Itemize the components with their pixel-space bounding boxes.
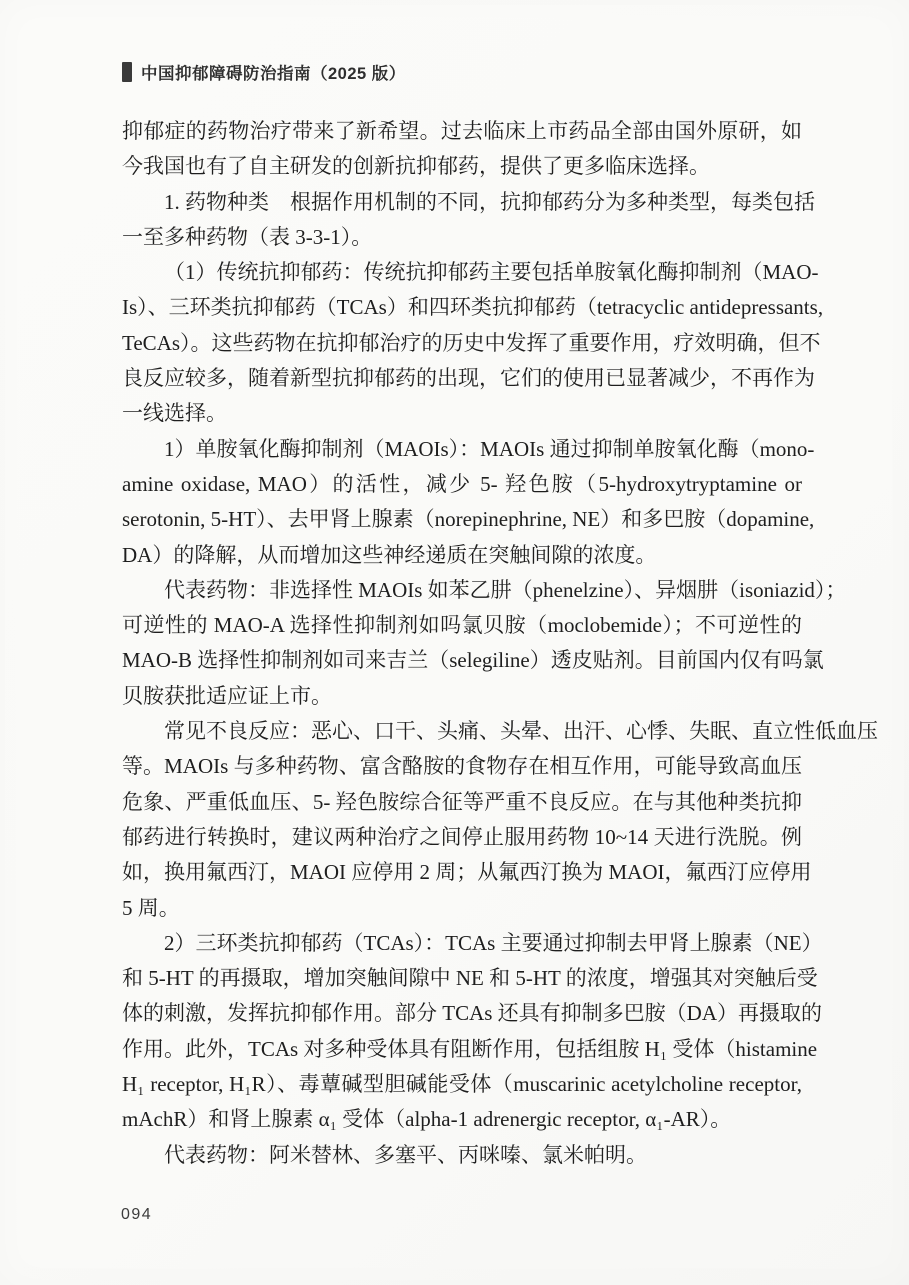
text-line: H₁ receptor, H₁R）、毒蕈碱型胆碱能受体（muscarinic a… <box>122 1067 802 1102</box>
text-line: 良反应较多，随着新型抗抑郁药的出现，它们的使用已显著减少，不再作为 <box>122 361 802 396</box>
text-line: 1. 药物种类 根据作用机制的不同，抗抑郁药分为多种类型，每类包括 <box>122 185 802 220</box>
text-line: 如，换用氟西汀，MAOI 应停用 2 周；从氟西汀换为 MAOI，氟西汀应停用 <box>122 855 802 890</box>
body-text: 抑郁症的药物治疗带来了新希望。过去临床上市药品全部由国外原研，如今我国也有了自主… <box>122 114 802 1173</box>
text-line: 5 周。 <box>122 891 802 926</box>
text-line: serotonin, 5-HT）、去甲肾上腺素（norepinephrine, … <box>122 502 802 537</box>
text-line: 等。MAOIs 与多种药物、富含酪胺的食物存在相互作用，可能导致高血压 <box>122 749 802 784</box>
page-number: 094 <box>121 1206 152 1224</box>
section-bar-icon <box>122 62 132 82</box>
text-line: 和 5-HT 的再摄取，增加突触间隙中 NE 和 5-HT 的浓度，增强其对突触… <box>122 961 802 996</box>
text-line: 郁药进行转换时，建议两种治疗之间停止服用药物 10~14 天进行洗脱。例 <box>122 820 802 855</box>
text-line: 抑郁症的药物治疗带来了新希望。过去临床上市药品全部由国外原研，如 <box>122 114 802 149</box>
text-line: 可逆性的 MAO-A 选择性抑制剂如吗氯贝胺（moclobemide）；不可逆性… <box>122 608 802 643</box>
running-header-title: 中国抑郁障碍防治指南（2025 版） <box>141 60 406 84</box>
text-line: mAchR）和肾上腺素 α₁ 受体（alpha-1 adrenergic rec… <box>122 1102 802 1137</box>
text-line: 危象、严重低血压、5- 羟色胺综合征等严重不良反应。在与其他种类抗抑 <box>122 785 802 820</box>
text-line: 常见不良反应：恶心、口干、头痛、头晕、出汗、心悸、失眠、直立性低血压 <box>122 714 802 749</box>
text-line: 代表药物：非选择性 MAOIs 如苯乙肼（phenelzine）、异烟肼（iso… <box>122 573 802 608</box>
text-line: 贝胺获批适应证上市。 <box>122 679 802 714</box>
text-line: （1）传统抗抑郁药：传统抗抑郁药主要包括单胺氧化酶抑制剂（MAO- <box>122 255 802 290</box>
text-line: 代表药物：阿米替林、多塞平、丙咪嗪、氯米帕明。 <box>122 1138 802 1173</box>
text-line: Is）、三环类抗抑郁药（TCAs）和四环类抗抑郁药（tetracyclic an… <box>122 290 802 325</box>
text-line: DA）的降解，从而增加这些神经递质在突触间隙的浓度。 <box>122 538 802 573</box>
text-line: 今我国也有了自主研发的创新抗抑郁药，提供了更多临床选择。 <box>122 149 802 184</box>
text-line: amine oxidase, MAO）的活性，减少 5- 羟色胺（5-hydro… <box>122 467 802 502</box>
text-line: 一线选择。 <box>122 396 802 431</box>
text-line: MAO-B 选择性抑制剂如司来吉兰（selegiline）透皮贴剂。目前国内仅有… <box>122 643 802 678</box>
text-line: 1）单胺氧化酶抑制剂（MAOIs）：MAOIs 通过抑制单胺氧化酶（mono- <box>122 432 802 467</box>
text-line: TeCAs）。这些药物在抗抑郁治疗的历史中发挥了重要作用，疗效明确，但不 <box>122 326 802 361</box>
scanned-page: 中国抑郁障碍防治指南（2025 版） 抑郁症的药物治疗带来了新希望。过去临床上市… <box>0 0 909 1285</box>
text-line: 体的刺激，发挥抗抑郁作用。部分 TCAs 还具有抑制多巴胺（DA）再摄取的 <box>122 996 802 1031</box>
text-line: 一至多种药物（表 3-3-1）。 <box>122 220 802 255</box>
running-header: 中国抑郁障碍防治指南（2025 版） <box>122 60 406 84</box>
text-line: 2）三环类抗抑郁药（TCAs）：TCAs 主要通过抑制去甲肾上腺素（NE） <box>122 926 802 961</box>
text-line: 作用。此外，TCAs 对多种受体具有阻断作用，包括组胺 H₁ 受体（histam… <box>122 1032 802 1067</box>
